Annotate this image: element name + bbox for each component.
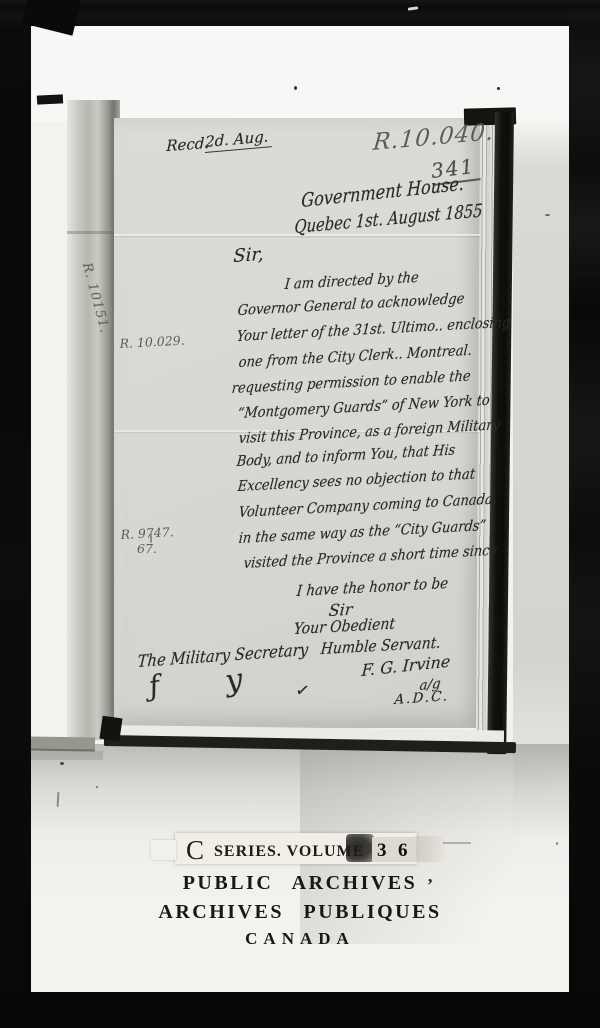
margin-ref-note: R. 9747.	[120, 524, 174, 542]
series-prefix-letter: C	[186, 835, 204, 866]
stray-apostrophe-mark: ’	[427, 875, 433, 896]
label-paper-chip	[151, 840, 176, 860]
letter-salutation: Sir,	[233, 244, 264, 267]
margin-ref-note-sub: 67.	[137, 541, 157, 556]
dust-speck	[545, 214, 550, 216]
book-gutter	[67, 100, 120, 740]
dust-speck	[96, 786, 98, 788]
spine-top-tab	[37, 94, 63, 104]
film-scratch	[408, 6, 418, 10]
dust-speck	[556, 842, 558, 845]
scratch-mark	[150, 533, 152, 543]
series-volume-label: SERIES. VOLUME	[214, 843, 364, 861]
volume-digit: 3	[377, 840, 387, 862]
dust-speck	[294, 86, 297, 90]
volume-digit: 6	[398, 840, 408, 862]
cover-bottom-left-corner	[31, 737, 95, 752]
gutter-bottom-shadow	[99, 716, 122, 742]
dust-speck	[497, 87, 500, 90]
archives-title-english: PUBLIC ARCHIVES	[31, 872, 569, 895]
archives-title-french: ARCHIVES PUBLIQUES	[31, 901, 569, 924]
label-scratch-mark	[443, 842, 471, 844]
label-stain	[415, 836, 445, 862]
checkmark-squiggle: ✓	[294, 680, 311, 702]
dust-speck	[60, 762, 64, 765]
gutter-crease	[67, 231, 120, 234]
archives-country: CANADA	[31, 929, 569, 949]
cover-corner-shadow	[31, 751, 103, 760]
received-note-prefix: Recd.	[166, 134, 209, 155]
microfilm-frame: Recd. 2d. Aug. R.10.040. 341 Government …	[0, 0, 600, 1028]
book-right-shadow	[513, 124, 569, 840]
dust-speck	[357, 591, 359, 593]
